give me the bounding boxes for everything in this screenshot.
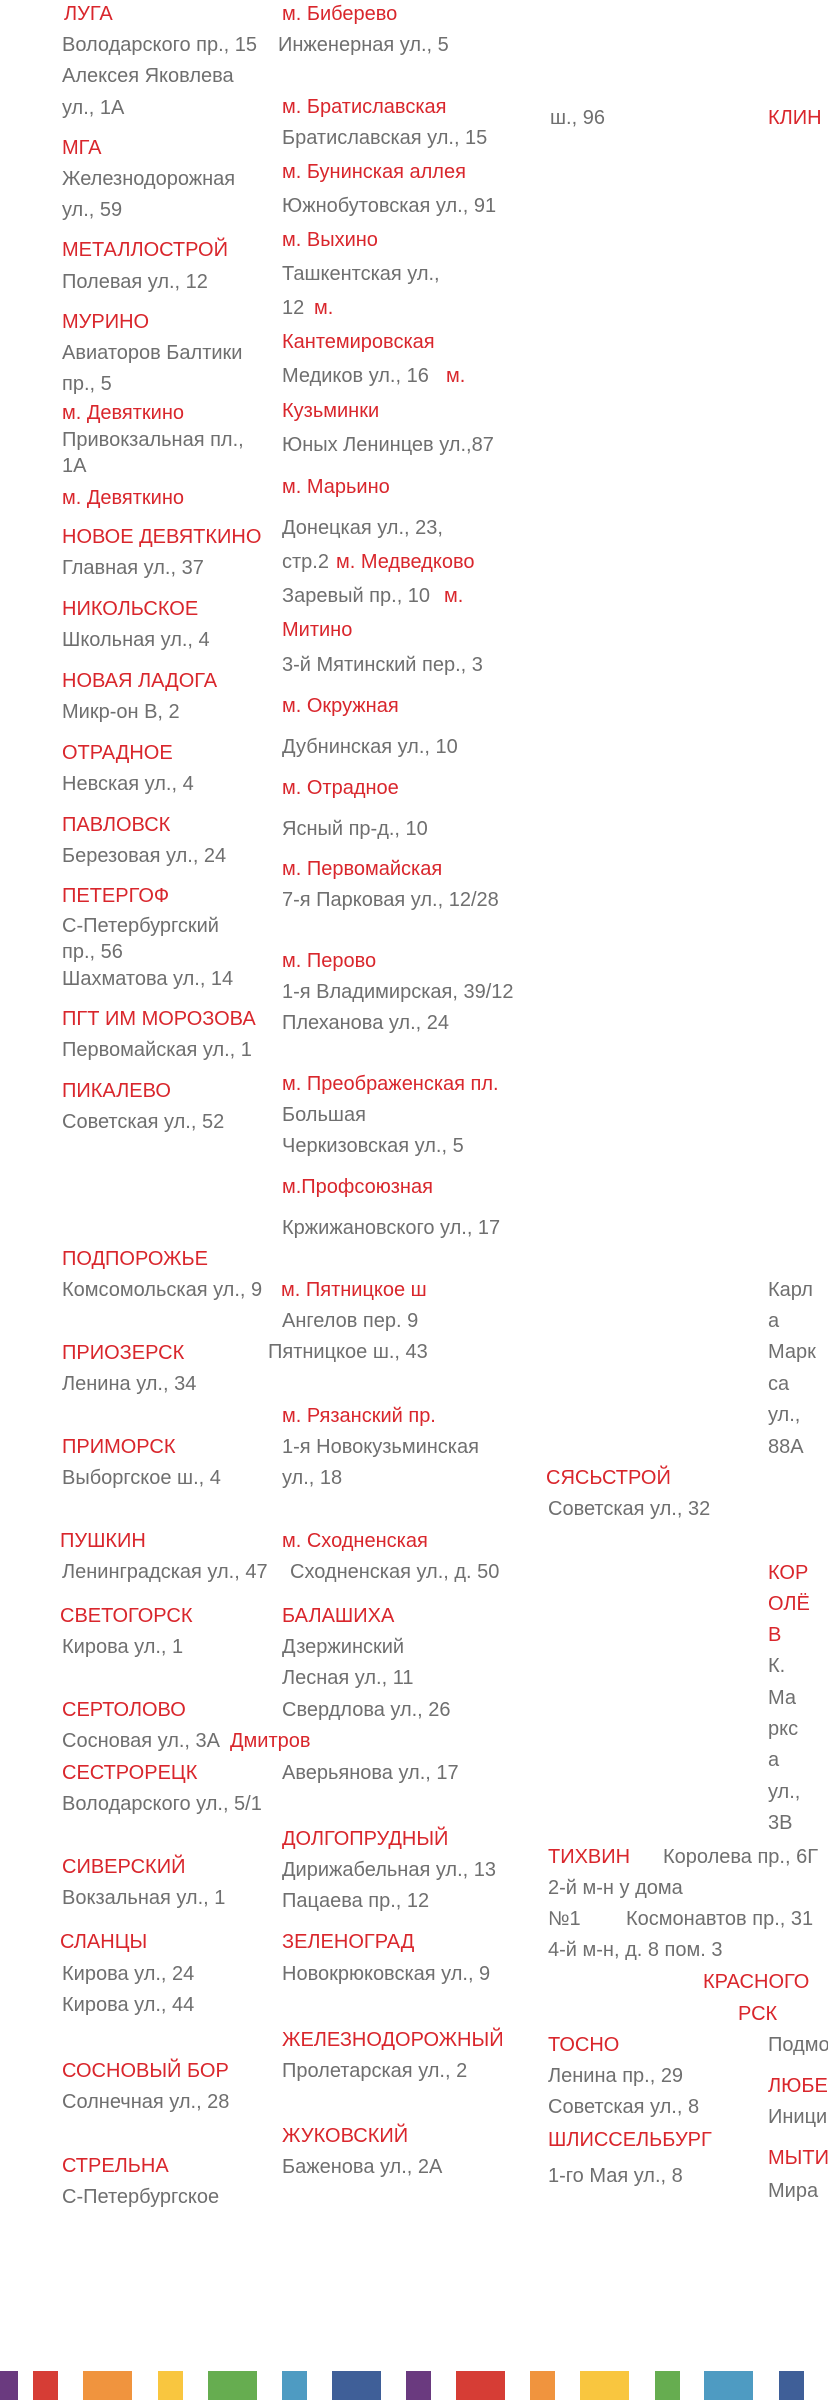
address: Березовая ул., 24 xyxy=(62,844,226,868)
address: ул., xyxy=(768,1780,800,1804)
city-title: КРАСНОГО xyxy=(703,1970,809,1994)
station-title: м. Пятницкое ш xyxy=(281,1278,427,1302)
city-title: ПРИОЗЕРСК xyxy=(62,1341,184,1365)
city-title: ЛУГА xyxy=(64,2,113,26)
station-title: м. Окружная xyxy=(282,694,399,718)
stripe-block xyxy=(282,2371,307,2400)
address: Кирова ул., 1 xyxy=(62,1635,183,1659)
address: Советская ул., 32 xyxy=(548,1497,710,1521)
city-title: СЯСЬСТРОЙ xyxy=(546,1466,671,1490)
city-title: ПОДПОРОЖЬЕ xyxy=(62,1247,208,1271)
city-title: ОТРАДНОЕ xyxy=(62,741,173,765)
address: Ленинградская ул., 47 xyxy=(62,1560,268,1584)
city-title: НИКОЛЬСКОЕ xyxy=(62,597,198,621)
stripe-block xyxy=(208,2371,257,2400)
city-title: В xyxy=(768,1623,781,1647)
station-title: м. Биберево xyxy=(282,2,397,26)
city-title: ТОСНО xyxy=(548,2033,619,2057)
city-title: КОР xyxy=(768,1561,808,1585)
address: 88А xyxy=(768,1435,804,1459)
address: Невская ул., 4 xyxy=(62,772,194,796)
city-title: ПУШКИН xyxy=(60,1529,146,1553)
address: 12 xyxy=(282,296,304,320)
station-title: м. Девяткино xyxy=(62,401,184,425)
address: Сходненская ул., д. 50 xyxy=(290,1560,499,1584)
address: №1 xyxy=(548,1907,581,1931)
address: Плеханова ул., 24 xyxy=(282,1011,449,1035)
station-title: м.Профсоюзная xyxy=(282,1175,433,1199)
address: Дирижабельная ул., 13 xyxy=(282,1858,496,1882)
stripe-block xyxy=(530,2371,555,2400)
address: Советская ул., 8 xyxy=(548,2095,699,2119)
station-title: Кантемировская xyxy=(282,330,435,354)
station-title: м. Медведково xyxy=(336,550,474,574)
stripe-block xyxy=(332,2371,381,2400)
address: Володарского ул., 5/1 xyxy=(62,1792,262,1816)
address: Ясный пр-д., 10 xyxy=(282,817,428,841)
address: Володарского пр., 15 xyxy=(62,33,257,57)
stripe-block xyxy=(406,2371,431,2400)
stripe-block xyxy=(779,2371,804,2400)
station-title: м. Первомайская xyxy=(282,857,442,881)
address: Большая xyxy=(282,1103,366,1127)
address: Космонавтов пр., 31 xyxy=(626,1907,813,1931)
stripe-block xyxy=(655,2371,680,2400)
address: К. xyxy=(768,1654,785,1678)
address: пр., 56 xyxy=(62,940,123,964)
city-title: ОЛЁ xyxy=(768,1592,810,1616)
address: Ма xyxy=(768,1686,796,1710)
city-title: ТИХВИН xyxy=(548,1845,630,1869)
city-title: ПАВЛОВСК xyxy=(62,813,170,837)
city-title: СЛАНЦЫ xyxy=(60,1930,147,1954)
address: 1-я Владимирская, 39/12 xyxy=(282,980,514,1004)
address: Шахматова ул., 14 xyxy=(62,967,233,991)
city-title: НОВОЕ ДЕВЯТКИНО xyxy=(62,525,261,549)
address: Подмо xyxy=(768,2033,828,2057)
station-title: м. Выхино xyxy=(282,228,378,252)
city-title: МЕТАЛЛОСТРОЙ xyxy=(62,238,228,262)
address: Лесная ул., 11 xyxy=(282,1666,413,1690)
address: Пятницкое ш., 43 xyxy=(268,1340,428,1364)
station-title: м. Братиславская xyxy=(282,95,446,119)
address: Инженерная ул., 5 xyxy=(278,33,449,57)
address: ул., xyxy=(768,1403,800,1427)
address: Марк xyxy=(768,1340,816,1364)
station-title: м. Отрадное xyxy=(282,776,399,800)
address: Привокзальная пл., xyxy=(62,428,244,452)
address: стр.2 xyxy=(282,550,329,574)
address: Свердлова ул., 26 xyxy=(282,1698,451,1722)
city-title: НОВАЯ ЛАДОГА xyxy=(62,669,217,693)
address: 1-го Мая ул., 8 xyxy=(548,2164,683,2188)
station-title: м. Девяткино xyxy=(62,486,184,510)
city-title: СЕСТРОРЕЦК xyxy=(62,1761,197,1785)
stripe-block xyxy=(33,2371,58,2400)
address: Солнечная ул., 28 xyxy=(62,2090,229,2114)
address: Алексея Яковлева xyxy=(62,64,234,88)
city-title: ПЕТЕРГОФ xyxy=(62,884,169,908)
city-title: МЫТИ xyxy=(768,2146,828,2170)
city-title: СИВЕРСКИЙ xyxy=(62,1855,185,1879)
address: ркс xyxy=(768,1717,798,1741)
city-title: ШЛИССЕЛЬБУРГ xyxy=(548,2128,712,2152)
address: Выборгское ш., 4 xyxy=(62,1466,221,1490)
city-title: ЗЕЛЕНОГРАД xyxy=(282,1930,414,1954)
address: пр., 5 xyxy=(62,372,112,396)
address: Кирова ул., 24 xyxy=(62,1962,194,1986)
city-title-klin: КЛИН xyxy=(768,106,822,130)
stripe-block xyxy=(83,2371,132,2400)
address: Южнобутовская ул., 91 xyxy=(282,194,496,218)
address: Королева пр., 6Г xyxy=(663,1845,818,1869)
city-title: ПГТ ИМ МОРОЗОВА xyxy=(62,1007,256,1031)
stripe-block xyxy=(158,2371,183,2400)
address: Главная ул., 37 xyxy=(62,556,204,580)
station-title: Митино xyxy=(282,618,352,642)
address: Ташкентская ул., xyxy=(282,262,440,286)
address: Комсомольская ул., 9 xyxy=(62,1278,262,1302)
address: 3-й Мятинский пер., 3 xyxy=(282,653,483,677)
station-title: Кузьминки xyxy=(282,399,379,423)
address: ул., 1А xyxy=(62,96,124,120)
station-title: м. Рязанский пр. xyxy=(282,1404,436,1428)
address: Юных Ленинцев ул.,87 xyxy=(282,433,494,457)
city-title: МУРИНО xyxy=(62,310,149,334)
address: Первомайская ул., 1 xyxy=(62,1038,252,1062)
address: 3В xyxy=(768,1811,792,1835)
address: Школьная ул., 4 xyxy=(62,628,210,652)
address: С-Петербургский xyxy=(62,914,219,938)
city-title: СЕРТОЛОВО xyxy=(62,1698,186,1722)
address: С-Петербургское xyxy=(62,2185,219,2209)
address: а xyxy=(768,1309,779,1333)
city-title: ЖУКОВСКИЙ xyxy=(282,2124,408,2148)
address: Дзержинский xyxy=(282,1635,404,1659)
stripe-block xyxy=(580,2371,629,2400)
address: ул., 59 xyxy=(62,198,122,222)
address: Железнодорожная xyxy=(62,167,235,191)
station-title: м. xyxy=(444,584,463,608)
address: са xyxy=(768,1372,789,1396)
address: 7-я Парковая ул., 12/28 xyxy=(282,888,499,912)
city-title: ЖЕЛЕЗНОДОРОЖНЫЙ xyxy=(282,2028,504,2052)
stripe-block xyxy=(704,2371,753,2400)
station-title: м. Марьино xyxy=(282,475,390,499)
address: Кирова ул., 44 xyxy=(62,1993,194,2017)
station-title: м. xyxy=(314,296,333,320)
address: Советская ул., 52 xyxy=(62,1110,224,1134)
city-title: ЛЮБЕ xyxy=(768,2074,828,2098)
address: Ангелов пер. 9 xyxy=(282,1309,418,1333)
address: Кржижановского ул., 17 xyxy=(282,1216,500,1240)
city-title: СОСНОВЫЙ БОР xyxy=(62,2059,229,2083)
city-title: МГА xyxy=(62,136,102,160)
address: Братиславская ул., 15 xyxy=(282,126,487,150)
address: а xyxy=(768,1748,779,1772)
address: 1-я Новокузьминская xyxy=(282,1435,479,1459)
station-title: м. Бунинская аллея xyxy=(282,160,466,184)
address: Новокрюковская ул., 9 xyxy=(282,1962,490,1986)
city-title: ПИКАЛЕВО xyxy=(62,1079,171,1103)
address: Медиков ул., 16 xyxy=(282,364,429,388)
address: Полевая ул., 12 xyxy=(62,270,208,294)
city-title: Дмитров xyxy=(230,1729,311,1753)
address: Аверьянова ул., 17 xyxy=(282,1761,459,1785)
address: Заревый пр., 10 xyxy=(282,584,430,608)
stripe-block xyxy=(0,2371,18,2400)
station-title: м. Перово xyxy=(282,949,376,973)
address: Авиаторов Балтики xyxy=(62,341,242,365)
city-title: СВЕТОГОРСК xyxy=(60,1604,192,1628)
address: Вокзальная ул., 1 xyxy=(62,1886,225,1910)
stripe-block xyxy=(456,2371,505,2400)
city-title: РСК xyxy=(738,2002,777,2026)
city-title: СТРЕЛЬНА xyxy=(62,2154,169,2178)
address: Мира xyxy=(768,2179,818,2203)
station-title: м. xyxy=(446,364,465,388)
address: Сосновая ул., 3А xyxy=(62,1729,220,1753)
address: Ленина пр., 29 xyxy=(548,2064,683,2088)
city-title: БАЛАШИХА xyxy=(282,1604,394,1628)
station-title: м. Сходненская xyxy=(282,1529,428,1553)
address: 4-й м-н, д. 8 пом. 3 xyxy=(548,1938,722,1962)
address: ул., 18 xyxy=(282,1466,342,1490)
address: Ленина ул., 34 xyxy=(62,1372,196,1396)
address: 1А xyxy=(62,454,86,478)
address-fragment: ш., 96 xyxy=(550,106,605,130)
address: Пацаева пр., 12 xyxy=(282,1889,429,1913)
address: Дубнинская ул., 10 xyxy=(282,735,458,759)
address: 2-й м-н у дома xyxy=(548,1876,683,1900)
address: Пролетарская ул., 2 xyxy=(282,2059,467,2083)
city-title: ПРИМОРСК xyxy=(62,1435,176,1459)
address: Иници xyxy=(768,2105,827,2129)
city-title: ДОЛГОПРУДНЫЙ xyxy=(282,1827,448,1851)
station-title: м. Преображенская пл. xyxy=(282,1072,499,1096)
address: Донецкая ул., 23, xyxy=(282,516,443,540)
address: Баженова ул., 2А xyxy=(282,2155,442,2179)
address: Микр-он В, 2 xyxy=(62,700,180,724)
address: Карл xyxy=(768,1278,813,1302)
address: Черкизовская ул., 5 xyxy=(282,1134,464,1158)
